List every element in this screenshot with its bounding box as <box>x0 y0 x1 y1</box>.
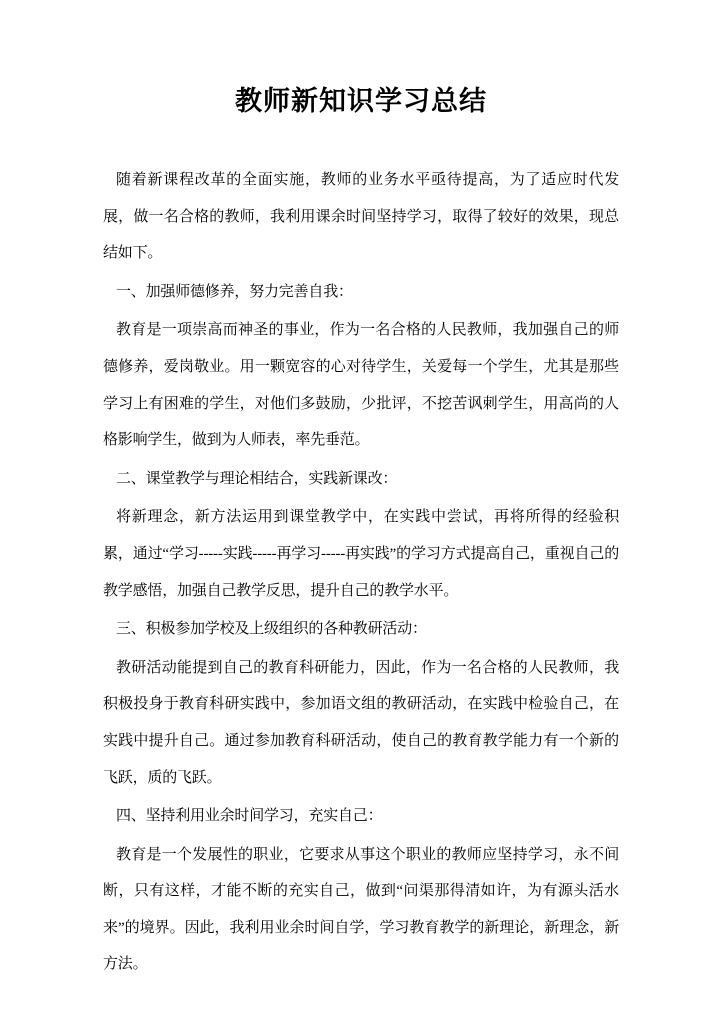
paragraph-section-1: 教育是一项崇高而神圣的事业，作为一名合格的人民教师，我加强自己的师德修养，爱岗敬… <box>103 312 619 458</box>
section-heading-3: 三、积极参加学校及上级组织的各种教研活动： <box>103 611 619 648</box>
paragraph-section-3: 教研活动能提到自己的教育科研能力，因此，作为一名合格的人民教师，我积极投身于教育… <box>103 650 619 796</box>
document-title: 教师新知识学习总结 <box>103 84 619 118</box>
paragraph-intro: 随着新课程改革的全面实施，教师的业务水平亟待提高，为了适应时代发展，做一名合格的… <box>103 162 619 272</box>
section-heading-2: 二、课堂教学与理论相结合，实践新课改： <box>103 461 619 498</box>
document-page: 教师新知识学习总结 随着新课程改革的全面实施，教师的业务水平亟待提高，为了适应时… <box>0 0 721 1020</box>
paragraph-section-4: 教育是一个发展性的职业，它要求从事这个职业的教师应坚持学习，永不间断，只有这样，… <box>103 837 619 983</box>
paragraph-section-2: 将新理念，新方法运用到课堂教学中，在实践中尝试，再将所得的经验积累，通过“学习-… <box>103 499 619 609</box>
section-heading-4: 四、坚持利用业余时间学习，充实自己： <box>103 798 619 835</box>
section-heading-1: 一、加强师德修养，努力完善自我： <box>103 274 619 311</box>
